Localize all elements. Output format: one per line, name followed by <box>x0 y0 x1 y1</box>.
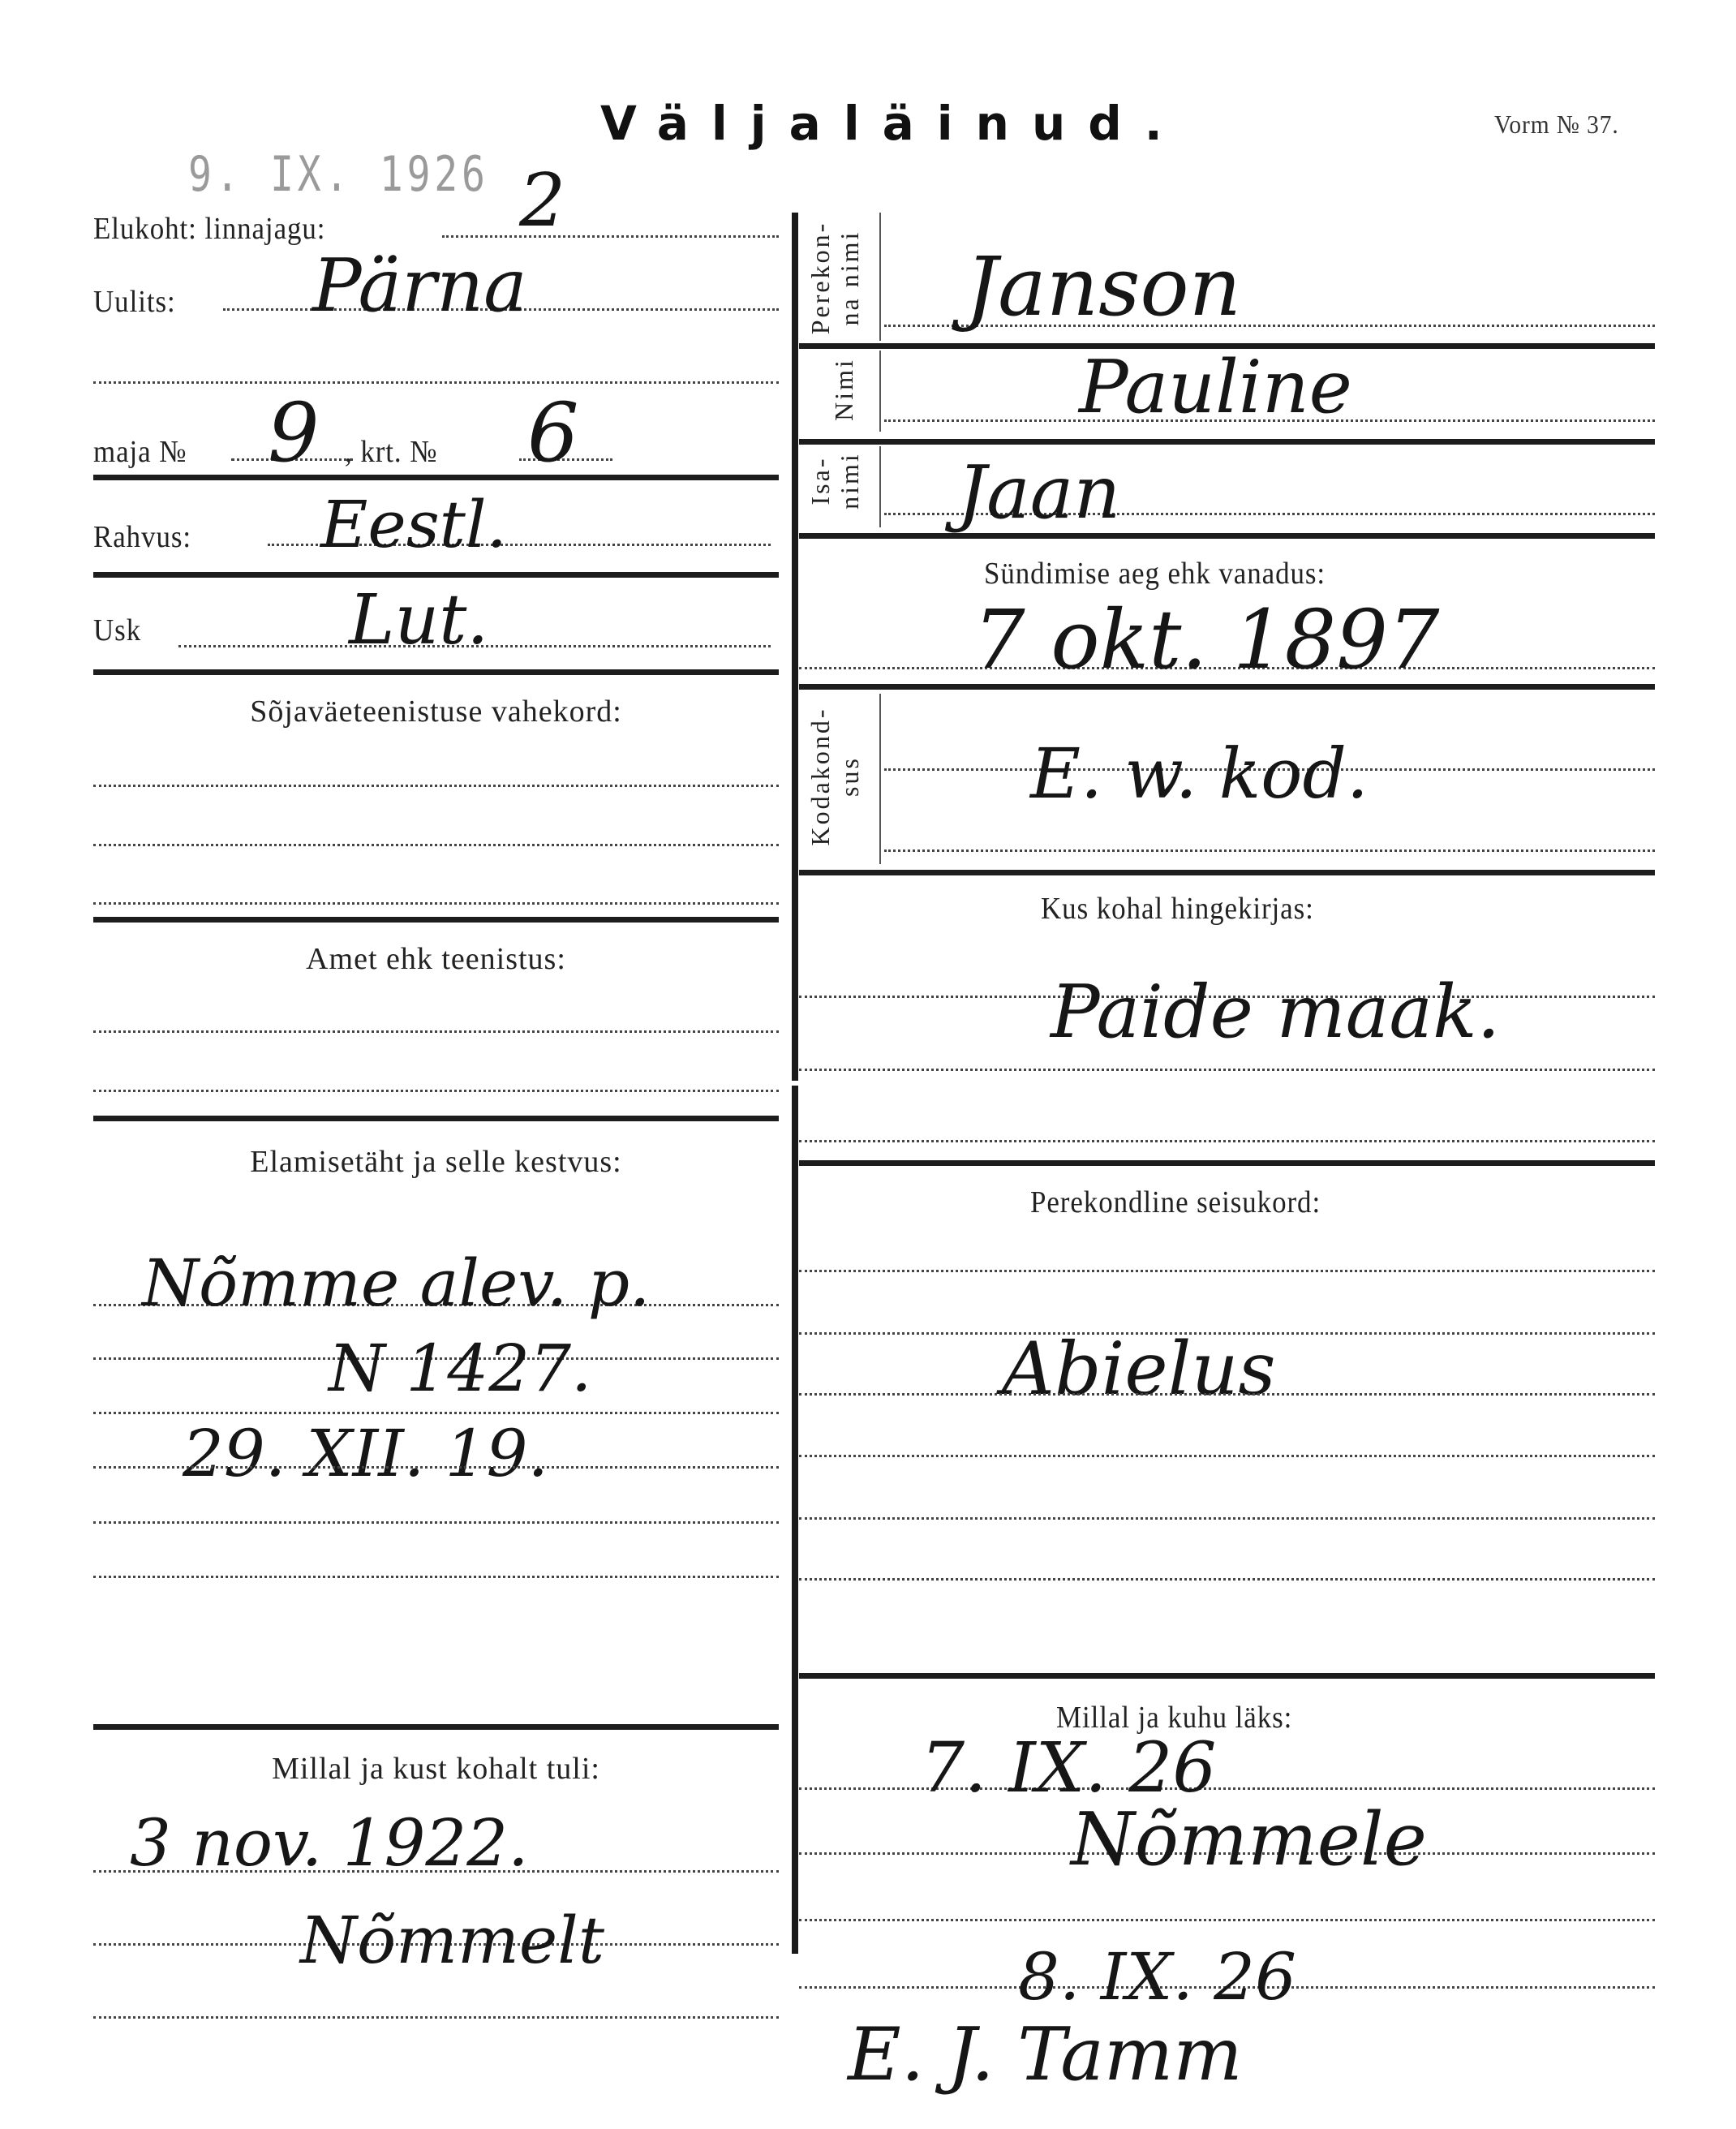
rahvus-label: Rahvus: <box>93 519 191 555</box>
perekondline-value[interactable]: Abielus <box>1002 1327 1276 1412</box>
section-rule <box>799 439 1655 445</box>
perekondline-line-3 <box>799 1393 1655 1396</box>
elamisetaht-line-6 <box>93 1576 779 1578</box>
nimi-label: Nimi <box>829 349 858 430</box>
amet-line-1 <box>93 1030 779 1033</box>
rahvus-value[interactable]: Eestl. <box>320 487 507 562</box>
hingekirjas-value[interactable]: Paide maak. <box>1051 970 1500 1055</box>
kodakondsus-label: Kodakond- sus <box>806 695 864 858</box>
tuli-label: Millal ja kust kohalt tuli: <box>93 1751 779 1787</box>
section-rule <box>799 1673 1655 1679</box>
date-stamp: 9. IX. 1926 <box>188 146 489 203</box>
laks-line-3 <box>799 1919 1655 1921</box>
form-number: Vorm № 37. <box>1494 110 1619 140</box>
usk-value[interactable]: Lut. <box>349 580 488 660</box>
hingekirjas-label: Kus kohal hingekirjas: <box>1041 891 1314 927</box>
uulits-value[interactable]: Pärna <box>312 243 527 329</box>
elamisetaht-label: Elamisetäht ja selle kestvus: <box>93 1144 779 1180</box>
uulits-label: Uulits: <box>93 284 176 320</box>
maja-value[interactable]: 9 <box>268 385 320 480</box>
label-strip-divider <box>879 351 881 432</box>
elamisetaht-line-4 <box>93 1466 779 1469</box>
kodakondsus-line-2 <box>884 849 1655 852</box>
elukoht-label: Elukoht: linnajagu: <box>93 211 325 247</box>
perekondline-line-1 <box>799 1270 1655 1272</box>
sojavae-line-1 <box>93 785 779 787</box>
laks-value-3[interactable]: 8. IX. 26 <box>1018 1939 1296 2015</box>
address-extra-line <box>93 381 779 384</box>
official-signature: E. J. Tamm <box>848 2012 1243 2097</box>
elamisetaht-value-2[interactable]: N 1427. <box>329 1331 591 1406</box>
section-rule <box>93 669 779 675</box>
label-strip-divider <box>879 446 881 527</box>
label-strip-divider <box>879 694 881 864</box>
section-rule <box>93 475 779 480</box>
perekondline-label: Perekondline seisukord: <box>1030 1185 1321 1220</box>
sojavae-line-2 <box>93 844 779 846</box>
hingekirjas-line-3 <box>799 1140 1655 1142</box>
center-divider <box>792 213 798 1081</box>
amet-line-2 <box>93 1090 779 1092</box>
sojavae-line-3 <box>93 902 779 905</box>
sundimise-value[interactable]: 7 okt. 1897 <box>973 592 1439 687</box>
tuli-value-2[interactable]: Nõmmelt <box>300 1903 604 1978</box>
krt-value[interactable]: 6 <box>527 385 579 480</box>
usk-label: Usk <box>93 613 141 648</box>
center-divider <box>792 1086 798 1954</box>
label-strip-divider <box>879 213 881 341</box>
nimi-value[interactable]: Pauline <box>1079 345 1352 430</box>
tuli-line-3 <box>93 2016 779 2019</box>
isanimi-label: Isa- nimi <box>806 442 864 519</box>
section-rule <box>93 1724 779 1730</box>
maja-label: maja № <box>93 434 187 470</box>
elamisetaht-line-5 <box>93 1521 779 1524</box>
perekondline-line-5 <box>799 1517 1655 1520</box>
section-rule <box>799 1160 1655 1166</box>
elamisetaht-value-3[interactable]: 29. XII. 19. <box>183 1416 548 1491</box>
elukoht-line <box>442 235 779 238</box>
section-rule <box>93 572 779 578</box>
section-rule <box>93 917 779 923</box>
laks-value-2[interactable]: Nõmmele <box>1071 1797 1427 1882</box>
isanimi-value[interactable]: Jaan <box>957 450 1120 535</box>
amet-label: Amet ehk teenistus: <box>93 941 779 977</box>
elamisetaht-line-3 <box>93 1412 779 1414</box>
krt-label: , krt. № <box>345 434 438 470</box>
section-rule <box>93 1116 779 1121</box>
section-rule <box>799 684 1655 690</box>
section-rule <box>799 533 1655 539</box>
sojavae-label: Sõjaväeteenistuse vahekord: <box>93 694 779 729</box>
elamisetaht-value-1[interactable]: Nõmme alev. p. <box>142 1245 650 1321</box>
elukoht-value[interactable]: 2 <box>519 158 565 243</box>
perekonnanimi-label: Perekon- na nimi <box>806 211 864 345</box>
perekondline-line-4 <box>799 1455 1655 1457</box>
section-rule <box>799 870 1655 875</box>
hingekirjas-line-2 <box>799 1069 1655 1071</box>
kodakondsus-value[interactable]: E. w. kod. <box>1030 734 1369 815</box>
perekonnanimi-value[interactable]: Janson <box>965 239 1241 334</box>
sundimise-label: Sündimise aeg ehk vanadus: <box>984 556 1326 591</box>
form-title: Väljaläinud. <box>600 96 1185 151</box>
perekondline-line-6 <box>799 1578 1655 1581</box>
tuli-value-1[interactable]: 3 nov. 1922. <box>130 1805 529 1881</box>
